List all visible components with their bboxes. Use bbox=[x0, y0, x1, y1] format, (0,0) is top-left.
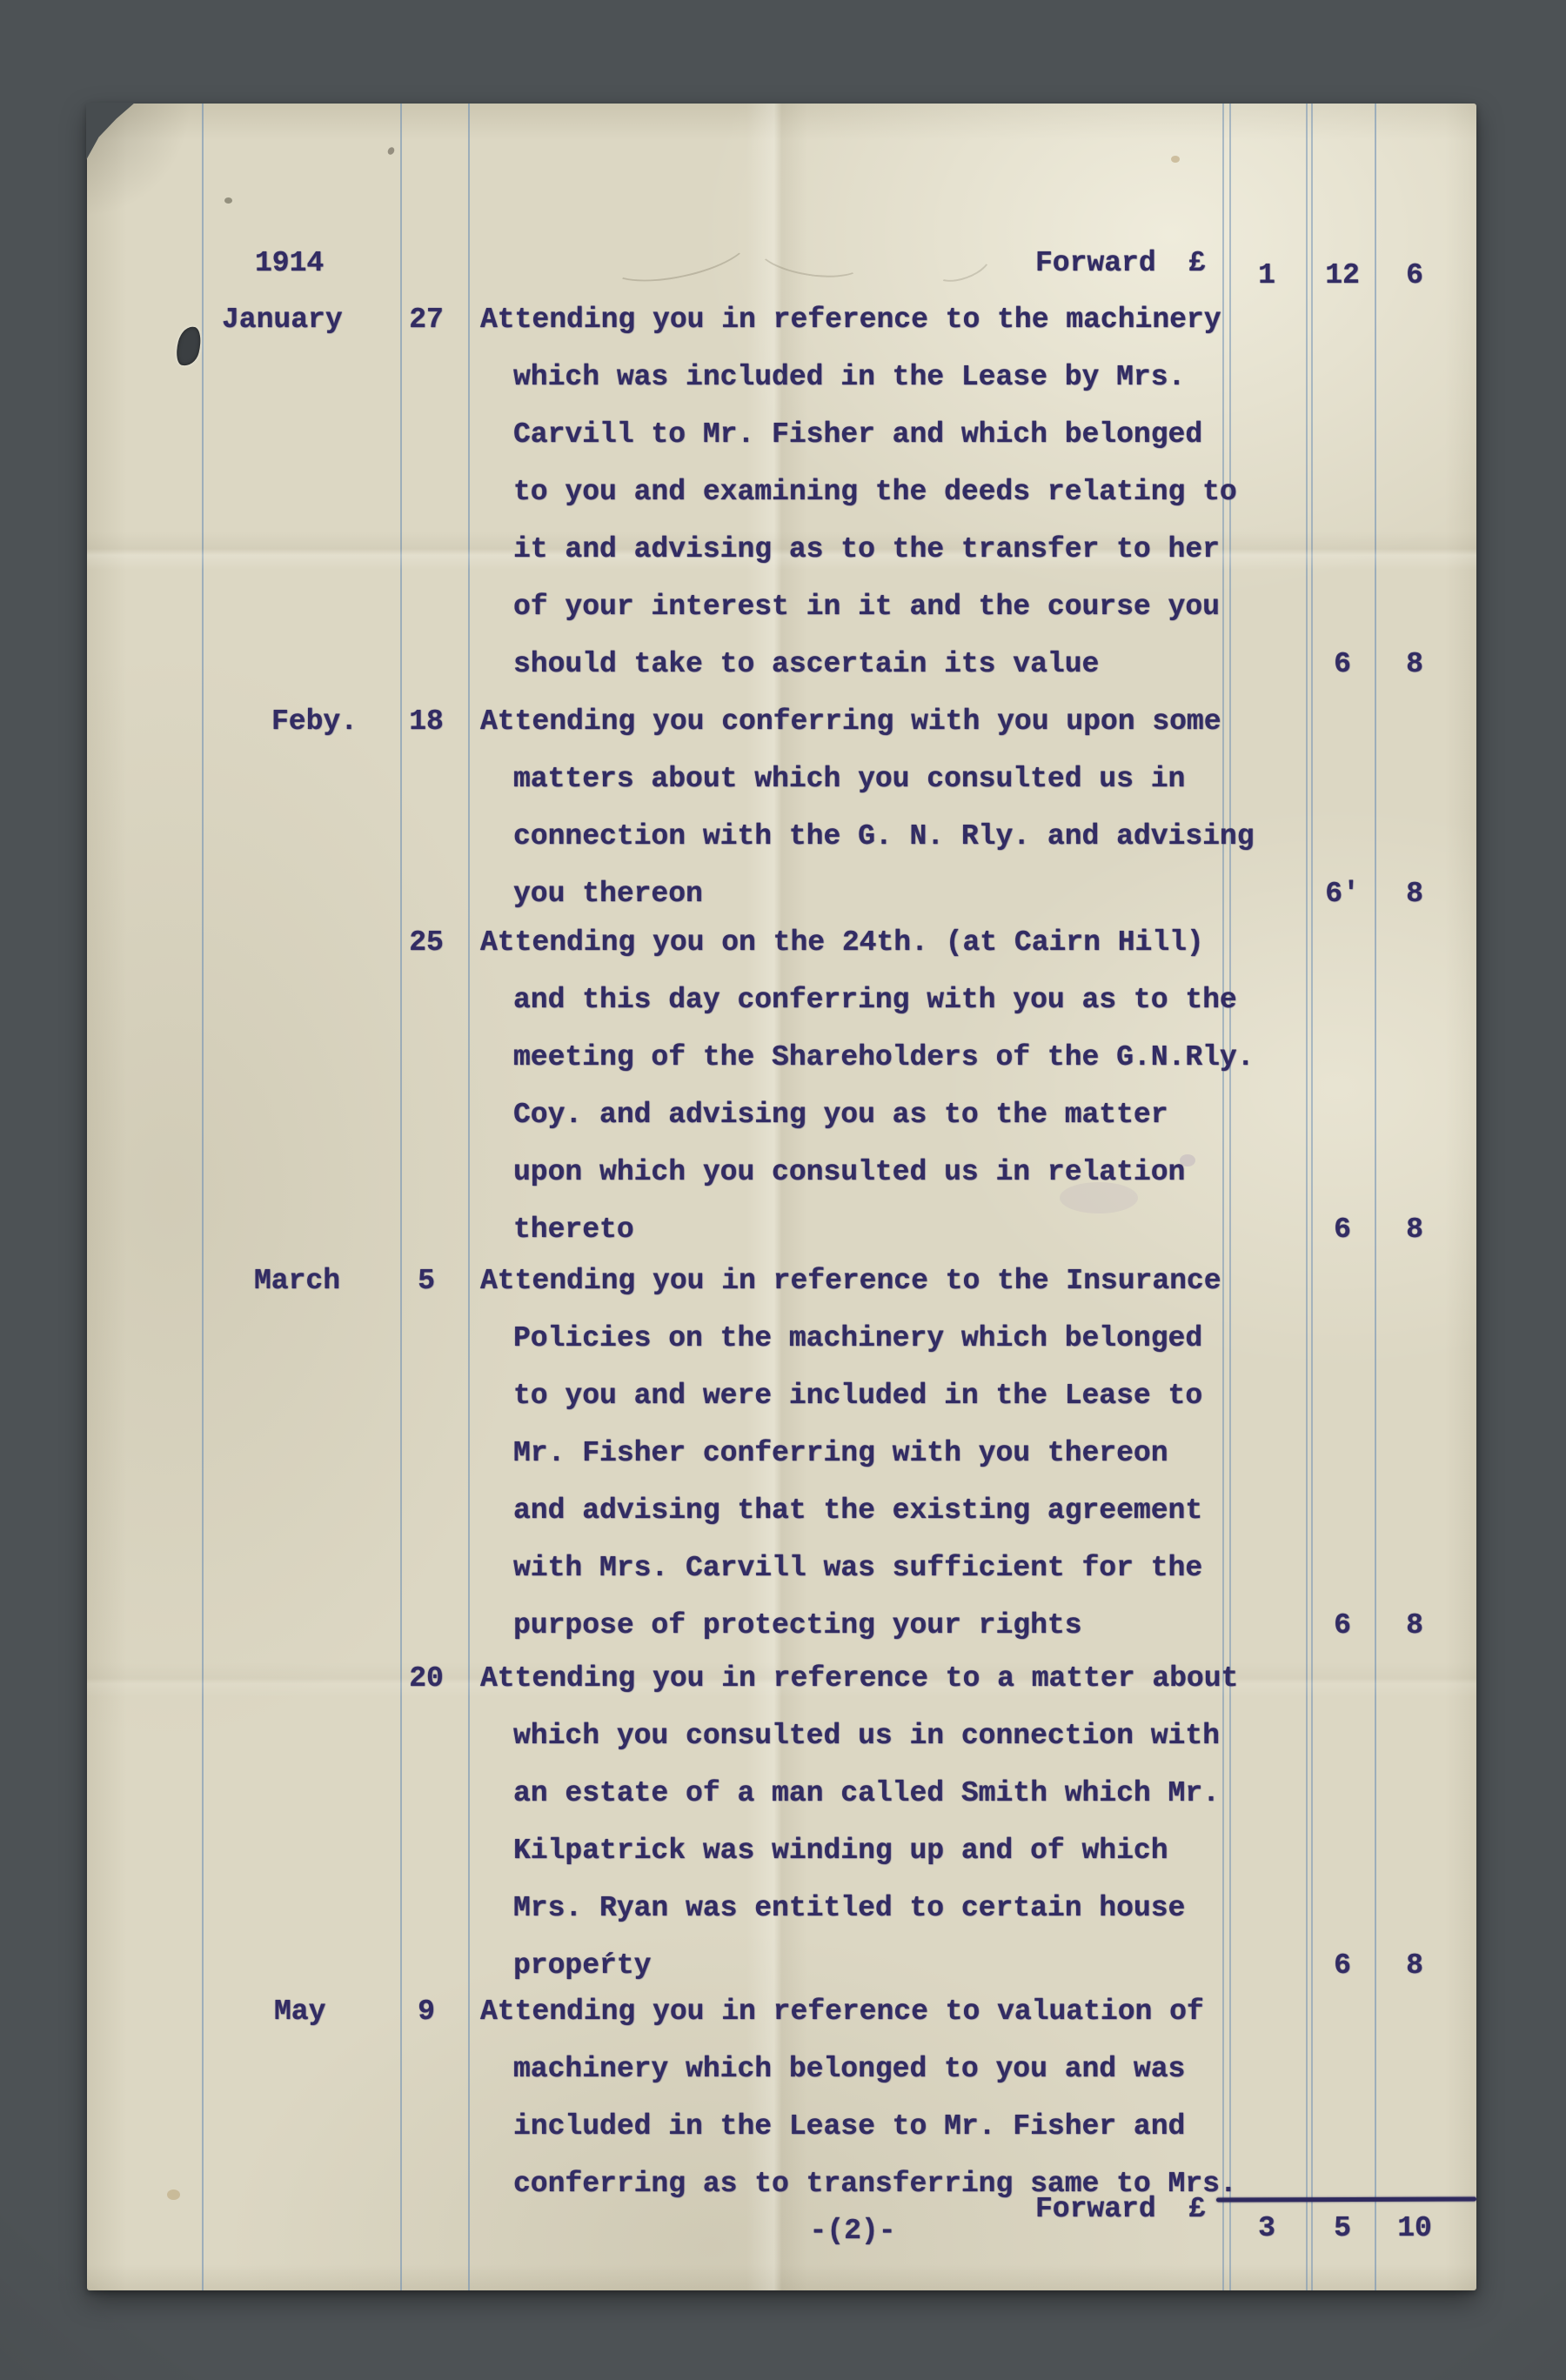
entry-line: Mr. Fisher conferring with you thereon bbox=[480, 1425, 1221, 1482]
day-column-rule bbox=[468, 104, 470, 2290]
entry-line: Attending you on the 24th. (at Cairn Hil… bbox=[480, 914, 1255, 972]
entry-line: Attending you conferring with you upon s… bbox=[480, 693, 1255, 751]
entry-text: Attending you in reference to the Insura… bbox=[480, 1253, 1221, 1655]
entry-line: Mrs. Ryan was entitled to certain house bbox=[480, 1880, 1238, 1937]
entry-line: Kilpatrick was winding up and of which bbox=[480, 1822, 1238, 1880]
entry-text: Attending you on the 24th. (at Cairn Hil… bbox=[480, 914, 1255, 1259]
entry-month: May bbox=[274, 1983, 325, 2041]
entry-text: Attending you in reference to valuation … bbox=[480, 1983, 1237, 2213]
forward-label: Forward bbox=[1035, 235, 1156, 292]
entry-text: Attending you in reference to the machin… bbox=[480, 291, 1237, 693]
entry-line: Attending you in reference to the Insura… bbox=[480, 1253, 1221, 1310]
scan-background: 1914 Forward £ 1 12 6 January 27 Attendi… bbox=[0, 0, 1566, 2380]
ledger-page: 1914 Forward £ 1 12 6 January 27 Attendi… bbox=[87, 104, 1476, 2290]
entry-shillings: 6' bbox=[1310, 866, 1375, 923]
entry-line: thereto bbox=[480, 1201, 1255, 1259]
entry-line: meeting of the Shareholders of the G.N.R… bbox=[480, 1029, 1255, 1086]
forward-footer-amounts: 3 5 10 bbox=[87, 2200, 1476, 2257]
entry-line: Carvill to Mr. Fisher and which belonged bbox=[480, 406, 1237, 464]
entry-shillings: 6 bbox=[1310, 1937, 1375, 1995]
entry-day: 27 bbox=[393, 291, 459, 349]
entry-line: to you and were included in the Lease to bbox=[480, 1367, 1221, 1425]
entry-line: purpose of protecting your rights bbox=[480, 1597, 1221, 1655]
paper-hole bbox=[173, 324, 204, 369]
stain bbox=[1171, 156, 1180, 163]
year-label: 1914 bbox=[255, 235, 324, 292]
forward-shillings: 12 bbox=[1310, 247, 1375, 304]
entry-month: January bbox=[222, 291, 343, 349]
forward-pounds: 3 bbox=[1227, 2200, 1307, 2257]
stain bbox=[224, 197, 232, 204]
entry-line: an estate of a man called Smith which Mr… bbox=[480, 1765, 1238, 1822]
entry-day: 9 bbox=[393, 1983, 459, 2041]
entry-line: to you and examining the deeds relating … bbox=[480, 464, 1237, 521]
entry-day: 5 bbox=[393, 1253, 459, 1310]
entry-line: connection with the G. N. Rly. and advis… bbox=[480, 808, 1255, 866]
entry-day: 20 bbox=[393, 1650, 459, 1708]
entry-text: Attending you in reference to a matter a… bbox=[480, 1650, 1238, 1995]
margin-rule-left bbox=[202, 104, 204, 2290]
entry-line: included in the Lease to Mr. Fisher and bbox=[480, 2098, 1237, 2156]
entry-pence: 8 bbox=[1375, 1597, 1455, 1655]
entry-day: 18 bbox=[393, 693, 459, 751]
pound-sign: £ bbox=[1188, 235, 1206, 292]
entry-line: Coy. and advising you as to the matter bbox=[480, 1086, 1255, 1144]
entry-line: which you consulted us in connection wit… bbox=[480, 1708, 1238, 1765]
stain bbox=[386, 146, 396, 156]
entry-line: and advising that the existing agreement bbox=[480, 1482, 1221, 1540]
date-column-rule bbox=[400, 104, 402, 2290]
entry-line: of your interest in it and the course yo… bbox=[480, 578, 1237, 636]
entry-line: Attending you in reference to the machin… bbox=[480, 291, 1237, 349]
entry-pence: 8 bbox=[1375, 636, 1455, 693]
entry-line: upon which you consulted us in relation bbox=[480, 1144, 1255, 1201]
entry-line: machinery which belonged to you and was bbox=[480, 2041, 1237, 2098]
forward-shillings: 5 bbox=[1310, 2200, 1375, 2257]
entry-line: should take to ascertain its value bbox=[480, 636, 1237, 693]
entry-line: it and advising as to the transfer to he… bbox=[480, 521, 1237, 578]
entry-line: and this day conferring with you as to t… bbox=[480, 972, 1255, 1029]
entry-month: March bbox=[254, 1253, 340, 1310]
entry-pence: 8 bbox=[1375, 1201, 1455, 1259]
forward-pounds: 1 bbox=[1227, 247, 1307, 304]
entry-pence: 8 bbox=[1375, 1937, 1455, 1995]
entry-line: with Mrs. Carvill was sufficient for the bbox=[480, 1540, 1221, 1597]
shillings-rule-a bbox=[1306, 104, 1308, 2290]
forward-pence: 6 bbox=[1375, 247, 1455, 304]
entry-shillings: 6 bbox=[1310, 1597, 1375, 1655]
entry-shillings: 6 bbox=[1310, 1201, 1375, 1259]
forward-pence: 10 bbox=[1375, 2200, 1455, 2257]
page-number: -(2)- bbox=[809, 2203, 896, 2260]
forward-header-row: 1914 Forward £ 1 12 6 bbox=[87, 235, 1476, 292]
entry-line: Policies on the machinery which belonged bbox=[480, 1310, 1221, 1367]
entry-line: which was included in the Lease by Mrs. bbox=[480, 349, 1237, 406]
entry-shillings: 6 bbox=[1310, 636, 1375, 693]
entry-pence: 8 bbox=[1375, 866, 1455, 923]
entry-line: Attending you in reference to a matter a… bbox=[480, 1650, 1238, 1708]
entry-line: Attending you in reference to valuation … bbox=[480, 1983, 1237, 2041]
entry-text: Attending you conferring with you upon s… bbox=[480, 693, 1255, 923]
entry-month: Feby. bbox=[271, 693, 358, 751]
entry-line: matters about which you consulted us in bbox=[480, 751, 1255, 808]
entry-day: 25 bbox=[393, 914, 459, 972]
